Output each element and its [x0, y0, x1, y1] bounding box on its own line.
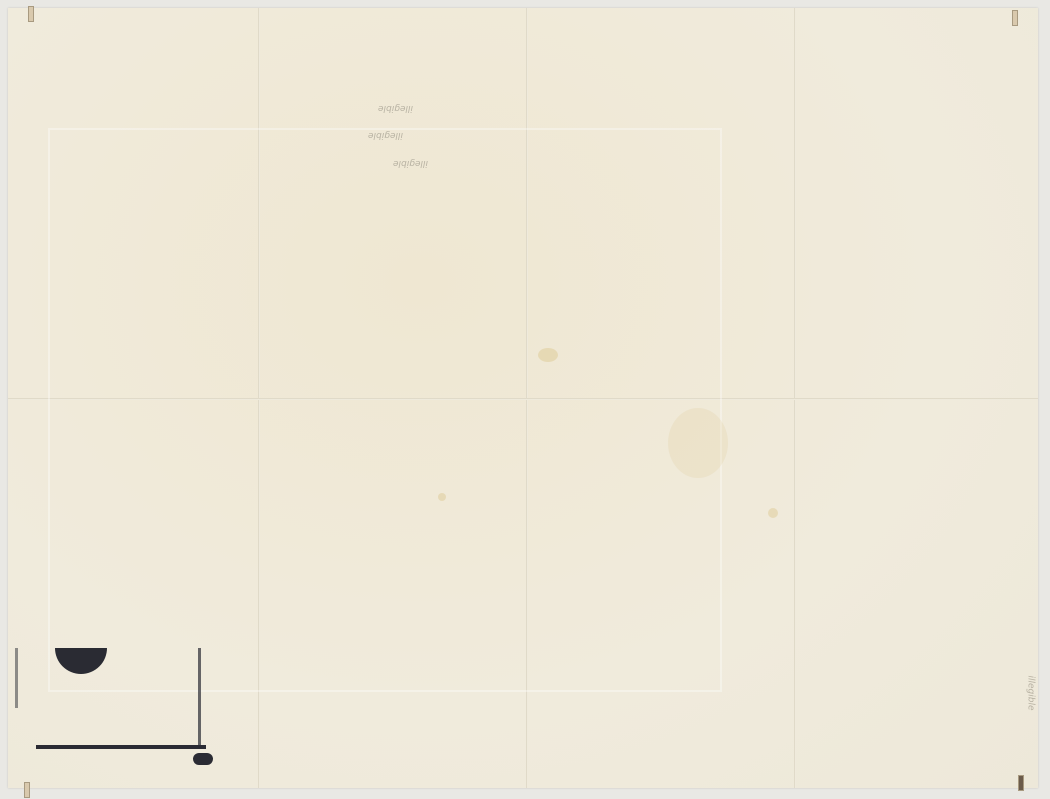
- handwriting-line-1: illegible: [378, 103, 413, 113]
- poster-back: illegible illegible illegible illegible: [8, 8, 1038, 788]
- handwriting-line-2: illegible: [368, 130, 403, 140]
- handwriting-line-3: illegible: [393, 158, 428, 168]
- tape-residue-left: [15, 648, 18, 708]
- tape-residue-bottom: [36, 745, 206, 749]
- show-through-frame: [48, 128, 722, 692]
- pin: [1018, 775, 1024, 791]
- tape-residue-right: [198, 648, 201, 748]
- pin: [1012, 10, 1018, 26]
- stain: [768, 508, 778, 518]
- tape-residue-corner: [193, 753, 213, 765]
- handwriting-right-edge: illegible: [1026, 675, 1036, 710]
- stain: [538, 348, 558, 362]
- pin: [28, 6, 34, 22]
- stain: [438, 493, 446, 501]
- pin: [24, 782, 30, 798]
- stain: [668, 408, 728, 478]
